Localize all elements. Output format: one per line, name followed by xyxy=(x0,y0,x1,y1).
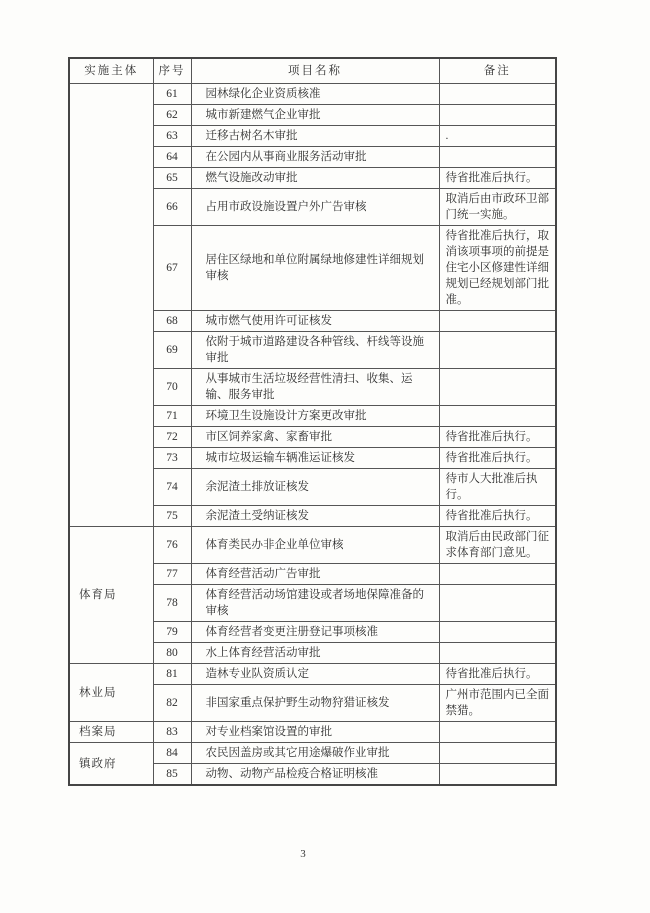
remark: 待省批准后执行。 xyxy=(439,506,556,527)
remark xyxy=(439,585,556,622)
entity-cell-archives-bureau: 档案局 xyxy=(69,722,153,743)
project-name: 占用市政设施设置户外广告审核 xyxy=(191,189,439,226)
remark xyxy=(439,743,556,764)
row-number: 82 xyxy=(153,685,191,722)
project-name: 市区饲养家禽、家畜审批 xyxy=(191,427,439,448)
table-row: 61 园林绿化企业资质核准 xyxy=(69,84,556,105)
project-name: 城市燃气使用许可证核发 xyxy=(191,311,439,332)
row-number: 71 xyxy=(153,406,191,427)
project-name: 体育经营活动广告审批 xyxy=(191,564,439,585)
project-name: 对专业档案馆设置的审批 xyxy=(191,722,439,743)
project-name: 燃气设施改动审批 xyxy=(191,168,439,189)
row-number: 73 xyxy=(153,448,191,469)
remark xyxy=(439,643,556,664)
row-number: 81 xyxy=(153,664,191,685)
header-project-name: 项目名称 xyxy=(191,58,439,84)
row-number: 76 xyxy=(153,527,191,564)
header-remark: 备注 xyxy=(439,58,556,84)
project-name: 依附于城市道路建设各种管线、杆线等设施审批 xyxy=(191,332,439,369)
header-no: 序号 xyxy=(153,58,191,84)
row-number: 77 xyxy=(153,564,191,585)
project-name: 园林绿化企业资质核准 xyxy=(191,84,439,105)
project-name: 在公园内从事商业服务活动审批 xyxy=(191,147,439,168)
remark xyxy=(439,311,556,332)
scanned-page: 实施主体 序号 项目名称 备注 61 园林绿化企业资质核准 62 城市新建燃气企… xyxy=(0,0,650,913)
entity-cell-town-government: 镇政府 xyxy=(69,743,153,786)
remark xyxy=(439,332,556,369)
project-name: 余泥渣土排放证核发 xyxy=(191,469,439,506)
row-number: 65 xyxy=(153,168,191,189)
project-name: 体育经营活动场馆建设或者场地保障准备的审核 xyxy=(191,585,439,622)
row-number: 84 xyxy=(153,743,191,764)
project-name: 造林专业队资质认定 xyxy=(191,664,439,685)
remark: 待省批准后执行，取消该项事项的前提是住宅小区修建性详细规划已经规划部门批准。 xyxy=(439,226,556,311)
remark: 广州市范围内已全面禁猎。 xyxy=(439,685,556,722)
project-name: 水上体育经营活动审批 xyxy=(191,643,439,664)
row-number: 66 xyxy=(153,189,191,226)
project-name: 城市垃圾运输车辆准运证核发 xyxy=(191,448,439,469)
header-entity: 实施主体 xyxy=(69,58,153,84)
remark xyxy=(439,105,556,126)
table-row: 镇政府 84 农民因盖房或其它用途爆破作业审批 xyxy=(69,743,556,764)
row-number: 72 xyxy=(153,427,191,448)
entity-cell-blank xyxy=(69,84,153,527)
remark xyxy=(439,622,556,643)
project-name: 迁移古树名木审批 xyxy=(191,126,439,147)
entity-cell-sports-bureau: 体育局 xyxy=(69,527,153,664)
remark: 待省批准后执行。 xyxy=(439,168,556,189)
table-header-row: 实施主体 序号 项目名称 备注 xyxy=(69,58,556,84)
row-number: 74 xyxy=(153,469,191,506)
remark: . xyxy=(439,126,556,147)
remark xyxy=(439,722,556,743)
approval-items-table: 实施主体 序号 项目名称 备注 61 园林绿化企业资质核准 62 城市新建燃气企… xyxy=(68,57,557,786)
entity-cell-forestry-bureau: 林业局 xyxy=(69,664,153,722)
remark xyxy=(439,406,556,427)
page-number: 3 xyxy=(288,848,318,860)
table-row: 档案局 83 对专业档案馆设置的审批 xyxy=(69,722,556,743)
remark xyxy=(439,369,556,406)
row-number: 70 xyxy=(153,369,191,406)
remark xyxy=(439,764,556,786)
project-name: 体育经营者变更注册登记事项核准 xyxy=(191,622,439,643)
project-name: 居住区绿地和单位附属绿地修建性详细规划审核 xyxy=(191,226,439,311)
row-number: 83 xyxy=(153,722,191,743)
row-number: 64 xyxy=(153,147,191,168)
project-name: 从事城市生活垃圾经营性清扫、收集、运输、服务审批 xyxy=(191,369,439,406)
row-number: 78 xyxy=(153,585,191,622)
row-number: 67 xyxy=(153,226,191,311)
remark xyxy=(439,84,556,105)
table-row: 林业局 81 造林专业队资质认定 待省批准后执行。 xyxy=(69,664,556,685)
remark: 待省批准后执行。 xyxy=(439,664,556,685)
row-number: 69 xyxy=(153,332,191,369)
row-number: 85 xyxy=(153,764,191,786)
remark xyxy=(439,564,556,585)
project-name: 农民因盖房或其它用途爆破作业审批 xyxy=(191,743,439,764)
row-number: 68 xyxy=(153,311,191,332)
project-name: 动物、动物产品检疫合格证明核准 xyxy=(191,764,439,786)
remark: 待市人大批准后执行。 xyxy=(439,469,556,506)
project-name: 非国家重点保护野生动物狩猎证核发 xyxy=(191,685,439,722)
row-number: 79 xyxy=(153,622,191,643)
table-row: 体育局 76 体育类民办非企业单位审核 取消后由民政部门征求体育部门意见。 xyxy=(69,527,556,564)
project-name: 体育类民办非企业单位审核 xyxy=(191,527,439,564)
project-name: 余泥渣土受纳证核发 xyxy=(191,506,439,527)
remark: 待省批准后执行。 xyxy=(439,427,556,448)
row-number: 63 xyxy=(153,126,191,147)
row-number: 62 xyxy=(153,105,191,126)
row-number: 80 xyxy=(153,643,191,664)
project-name: 环境卫生设施设计方案更改审批 xyxy=(191,406,439,427)
project-name: 城市新建燃气企业审批 xyxy=(191,105,439,126)
row-number: 75 xyxy=(153,506,191,527)
remark: 取消后由市政环卫部门统一实施。 xyxy=(439,189,556,226)
remark: 待省批准后执行。 xyxy=(439,448,556,469)
remark: 取消后由民政部门征求体育部门意见。 xyxy=(439,527,556,564)
remark xyxy=(439,147,556,168)
row-number: 61 xyxy=(153,84,191,105)
